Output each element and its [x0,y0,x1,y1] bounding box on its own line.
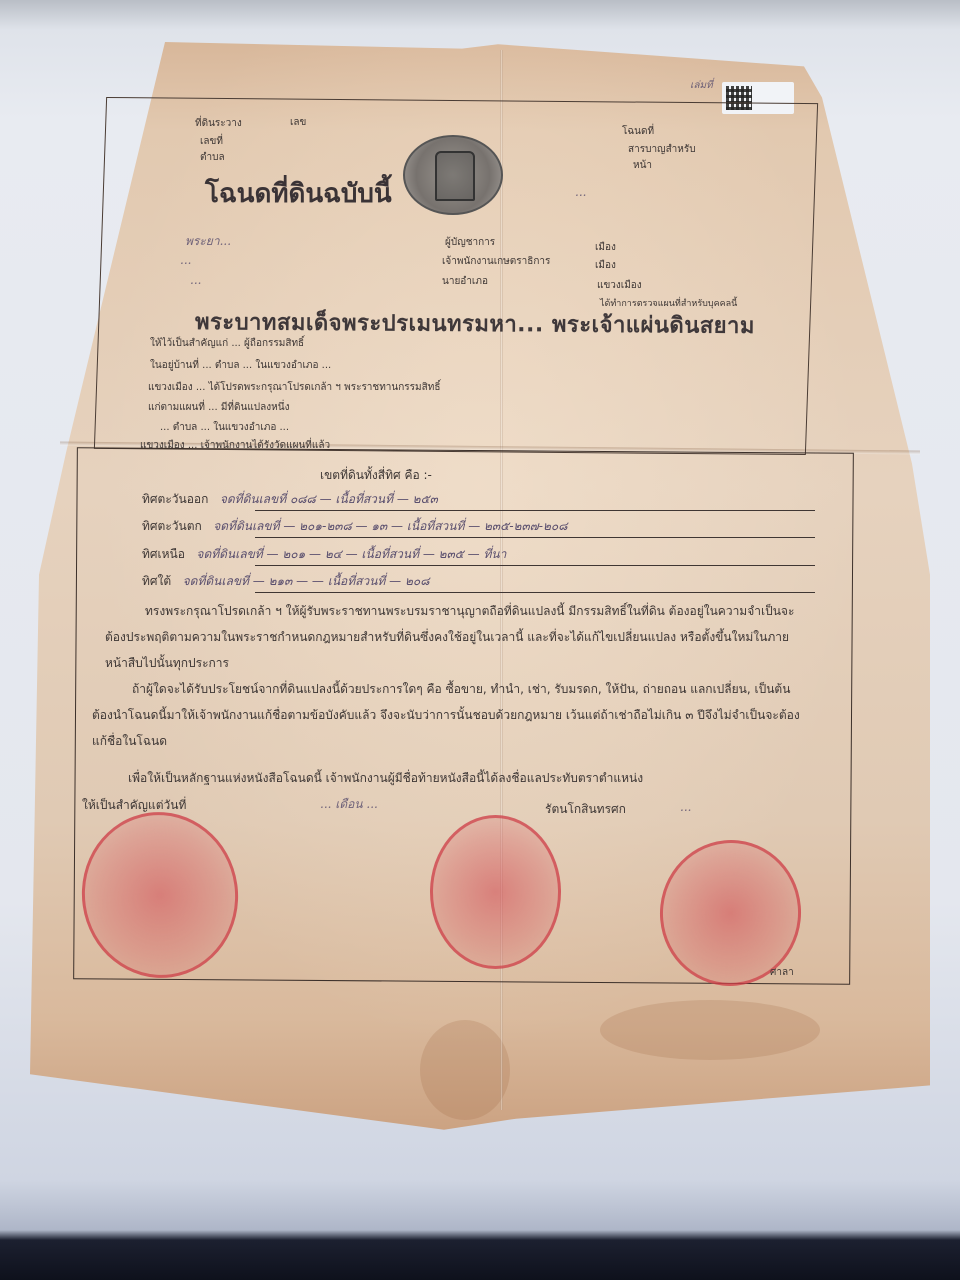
closing-year-value: ... [680,800,691,814]
closing-date: ... เดือน ... [320,795,378,814]
header-left-line3-label: ตำบล [200,150,225,165]
boundary-text: จดที่ดินเลขที่ — ๒๐๑-๒๓๘ — ๑๓ — เนื้อที่… [213,519,567,533]
header-left-line1-label: ที่ดินระวาง [195,116,242,131]
grant-line-4: แก่ตามแผนที่ ... มีที่ดินแปลงหนึ่ง [148,400,289,415]
boundary-row-north: ทิศเหนือ จดที่ดินเลขที่ — ๒๐๑ — ๒๔ — เนื… [142,545,506,564]
header-right-line2: สารบาญสำหรับ [628,142,696,157]
closing-year-label: รัตนโกสินทรศก [545,800,626,819]
boundary-direction: ทิศตะวันออก [142,492,208,506]
grant-line-1: ให้ไว้เป็นสำคัญแก่ ... ผู้ถือกรรมสิทธิ์ [150,336,304,351]
header-left-line2-label: เลขที่ [200,134,223,149]
boundary-row-south: ทิศใต้ จดที่ดินเลขที่ — ๒๑๓ — — เนื้อที่… [142,572,429,591]
official-entry-1: พระยา... [185,232,231,251]
grant-line-2: ในอยู่บ้านที่ ... ตำบล ... ในแขวงอำเภอ .… [150,358,331,373]
body-paragraph-2: ถ้าผู้ใดจะได้รับประโยชน์จากที่ดินแปลงนี้… [92,676,812,754]
header-left-line1-label2: เลข [290,115,306,130]
boundary-direction: ทิศใต้ [142,574,171,588]
official-entry-3: ... [190,273,201,287]
official-right-label-1: เมือง [595,240,616,255]
royal-emblem-icon [403,135,503,215]
official-label-1: ผู้บัญชาการ [445,235,495,250]
boundary-row-east: ทิศตะวันออก จดที่ดินเลขที่ ๐๘๘ — เนื้อที… [142,490,438,509]
header-right-line1: โฉนดที่ [622,124,654,139]
grant-line-3: แขวงเมือง ... ได้โปรดพระกรุณาโปรดเกล้า ฯ… [148,380,440,395]
boundaries-heading: เขตที่ดินทั้งสี่ทิศ คือ :- [320,466,432,485]
boundary-direction: ทิศตะวันตก [142,519,202,533]
official-right-label-2: เมือง [595,258,616,273]
boundary-row-west: ทิศตะวันตก จดที่ดินเลขที่ — ๒๐๑-๒๓๘ — ๑๓… [142,517,568,536]
red-seal-center-icon [430,815,561,969]
header-right-handwritten: ... [575,185,586,199]
body-paragraph-3: เพื่อให้เป็นหลักฐานแห่งหนังสือโฉนดนี้ เจ… [88,766,808,790]
grant-line-5: ... ตำบล ... ในแขวงอำเภอ ... [160,420,289,435]
grant-line-6: แขวงเมือง ... เจ้าพนักงานได้รังวัดแผนที่… [140,438,330,453]
body-paragraph-1: ทรงพระกรุณาโปรดเกล้า ฯ ให้ผู้รับพระราชทา… [105,598,805,676]
deed-title: โฉนดที่ดินฉบับนี้ [205,173,392,214]
top-note: เล่มที่ [690,78,713,93]
official-entry-2: ... [180,253,191,267]
header-right-line3: หน้า [633,158,652,173]
official-label-2: เจ้าพนักงานเกษตราธิการ [442,254,550,269]
official-label-3: นายอำเภอ [442,274,488,289]
boundary-text: จดที่ดินเลขที่ — ๒๑๓ — — เนื้อที่สวนที่ … [183,574,430,588]
boundary-text: จดที่ดินเลขที่ ๐๘๘ — เนื้อที่สวนที่ — ๒๕… [220,492,438,506]
official-right-label-3: แขวงเมือง [597,278,642,293]
boundary-text: จดที่ดินเลขที่ — ๒๐๑ — ๒๔ — เนื้อที่สวนท… [196,547,506,561]
footer-mark: ศาลา [770,965,794,980]
boundary-direction: ทิศเหนือ [142,547,185,561]
